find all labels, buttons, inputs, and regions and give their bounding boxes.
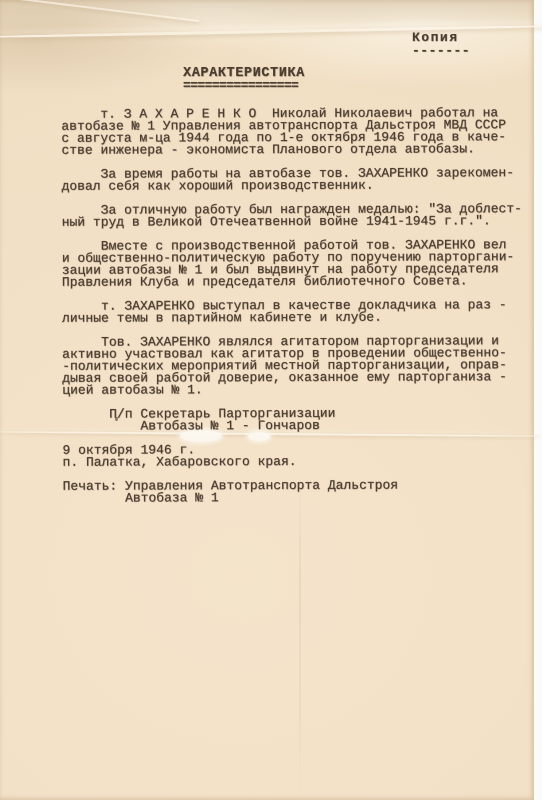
copy-underline: ------- bbox=[412, 46, 470, 55]
text-line: Правления Клуба и председателя библиотеч… bbox=[62, 275, 522, 289]
text-line: ный труд в Великой Отечеатвенной войне 1… bbox=[62, 215, 522, 229]
text-line: стве инженера - экономиста Планового отд… bbox=[61, 143, 521, 157]
paragraph: Тов. ЗАХАРЕНКО являлся агитатором партор… bbox=[62, 335, 522, 397]
title-block: ХАРАКТЕРИСТИКА ================ bbox=[183, 67, 305, 89]
paper-crease-top-left bbox=[0, 0, 199, 22]
paragraph: т. ЗАХАРЕНКО выступал в качестве докладч… bbox=[62, 299, 522, 325]
text-line: Автобаза № 1 bbox=[63, 491, 523, 505]
paragraph: т. З А Х А Р Е Н К О Николай Николаевич … bbox=[61, 107, 521, 157]
paper-crease-vertical bbox=[299, 478, 301, 800]
text-line: п. Палатка, Хабаровского края. bbox=[63, 455, 523, 469]
date-place: 9 октября 1946 г.п. Палатка, Хабаровског… bbox=[62, 443, 522, 469]
text-line: личные темы в партийном кабинете и клубе… bbox=[62, 311, 522, 325]
paragraph: За отличную работу был награжден медалью… bbox=[62, 203, 522, 229]
text-line: довал себя как хороший производственник. bbox=[62, 179, 522, 193]
text-line: Автобазы № 1 - Гончаров bbox=[62, 419, 522, 433]
title-underline: ================ bbox=[183, 82, 305, 89]
seal: Печать: Управления Автотранспорта Дальст… bbox=[63, 479, 523, 505]
paper-sheet: Копия ------- ХАРАКТЕРИСТИКА ===========… bbox=[0, 0, 534, 800]
paragraph: За время работы на автобазе тов. ЗАХАРЕН… bbox=[61, 167, 521, 193]
signature: П/п Секретарь Парторганизации Автобазы №… bbox=[62, 407, 522, 433]
document-body: т. З А Х А Р Е Н К О Николай Николаевич … bbox=[61, 107, 523, 517]
paragraph: Вместе с производственной работой тов. З… bbox=[62, 239, 522, 289]
text-line: цией автобазы № 1. bbox=[62, 383, 522, 397]
scanned-document: Копия ------- ХАРАКТЕРИСТИКА ===========… bbox=[0, 0, 542, 800]
copy-stamp: Копия ------- bbox=[412, 31, 470, 55]
